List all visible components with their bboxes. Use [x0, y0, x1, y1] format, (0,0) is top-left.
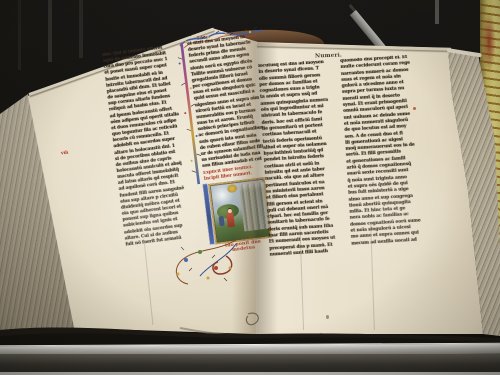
right-running-header: Numeri.	[315, 53, 342, 60]
case-reflection-stripe	[435, 0, 439, 24]
display-shelf-front	[0, 354, 500, 372]
case-reflection-stripe	[18, 0, 21, 70]
red-ink-mark	[413, 107, 416, 110]
red-margin-note: vm̄	[61, 151, 69, 157]
case-reflection-stripe	[79, 0, 83, 58]
manuscript-display-photo: Ider. Numeri. dns. Qui si uolenta offere…	[0, 0, 500, 375]
panel-ornament	[482, 12, 496, 72]
gutter-shadow	[232, 40, 278, 334]
right-column-2-text: quomodo dns precepit ei. Et multe cecide…	[340, 54, 434, 259]
case-reflection-stripe	[48, 0, 52, 62]
